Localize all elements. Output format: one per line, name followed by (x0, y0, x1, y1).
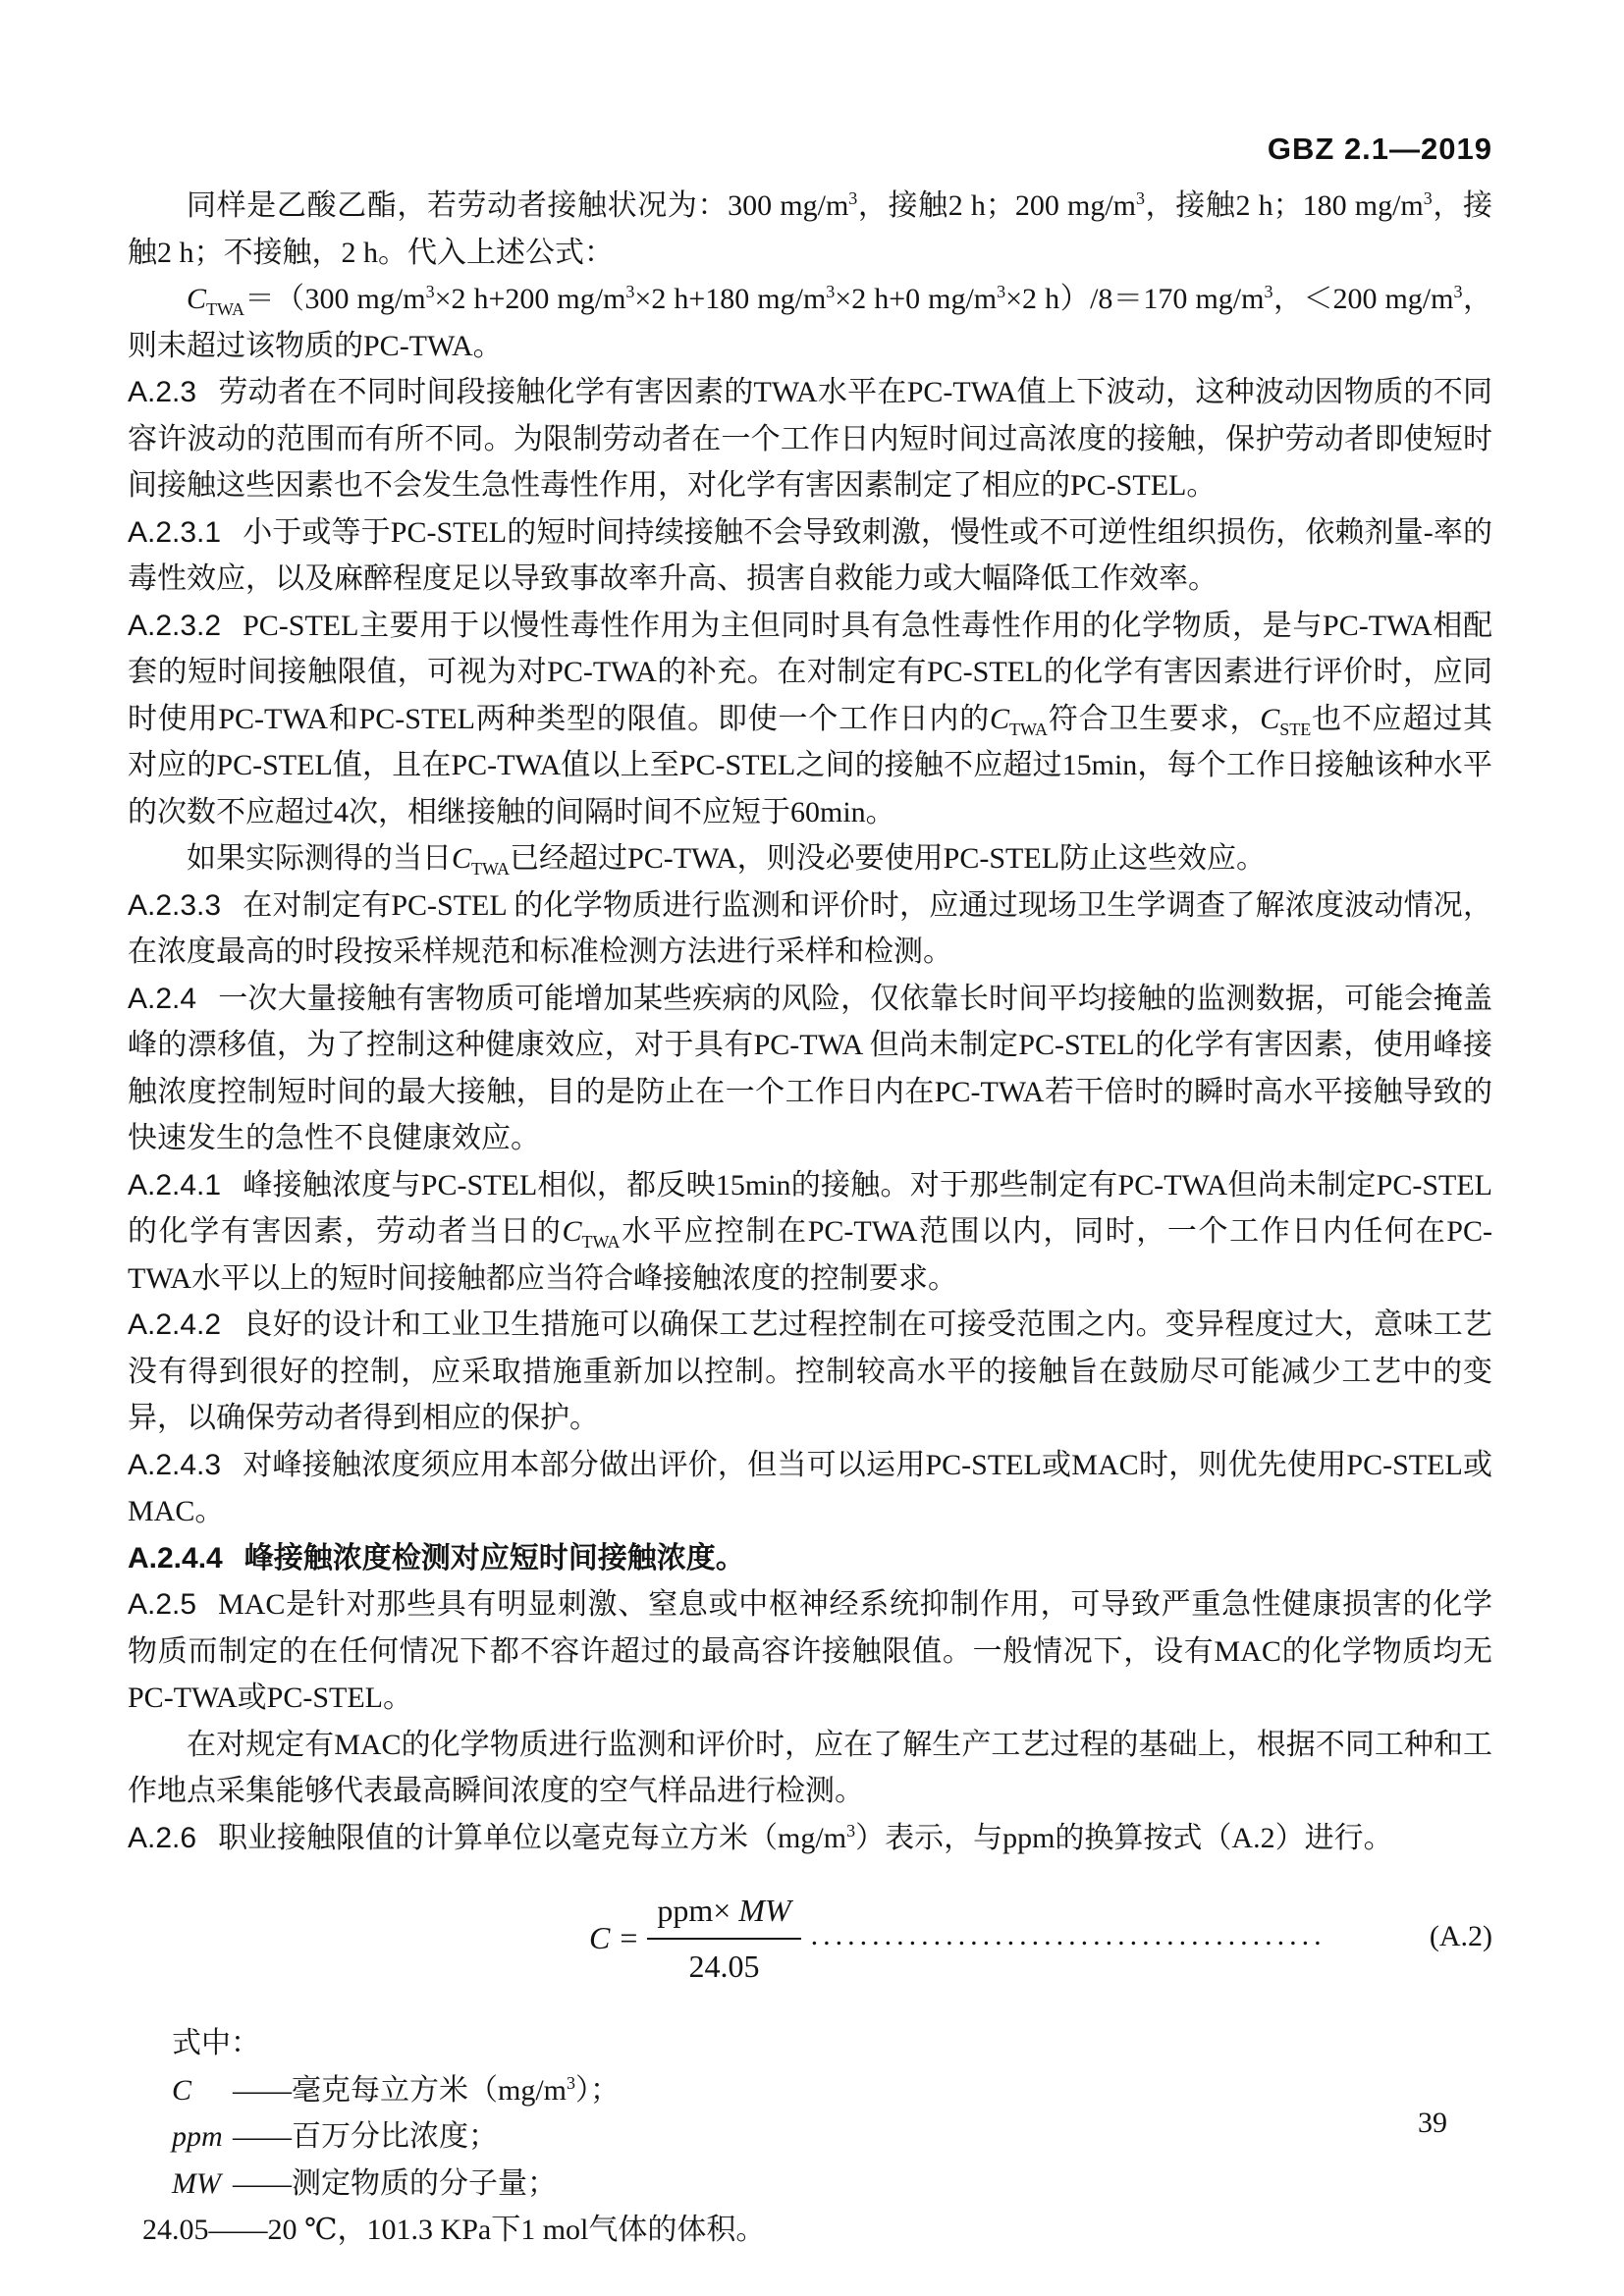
text-segment: 如果实际测得的当日 (187, 842, 452, 875)
paragraph-a-2-4-4: A.2.4.4峰接触浓度检测对应短时间接触浓度。 (128, 1535, 1492, 1582)
page-number: 39 (1418, 2107, 1447, 2140)
text-segment: ＝（300 mg/m (244, 283, 426, 315)
text-segment: C (990, 703, 1009, 735)
where-list-item: C——毫克每立方米（mg/m3）； (128, 2067, 1492, 2114)
text-segment: PC-STEL主要用于以慢性毒性作用为主但同时具有急性毒性作用的化学物质，是与P… (128, 610, 1492, 735)
paragraph: 同样是乙酸乙酯，若劳动者接触状况为：300 mg/m3，接触2 h；200 mg… (128, 183, 1492, 276)
where-term: C (172, 2067, 233, 2114)
paragraph-a-2-4-2: A.2.4.2良好的设计和工业卫生措施可以确保工艺过程控制在可接受范围之内。变异… (128, 1302, 1492, 1442)
formula-dot-leader: ........................................… (811, 1912, 1424, 1959)
paragraph-a-2-4-3: A.2.4.3对峰接触浓度须应用本部分做出评价，但当可以运用PC-STEL或MA… (128, 1442, 1492, 1535)
clause-number: A.2.3.3 (128, 889, 221, 922)
text-segment: ×2 h+0 mg/m (835, 283, 997, 315)
formula-denominator: 24.05 (647, 1940, 800, 1991)
standard-code-header: GBZ 2.1—2019 (1268, 132, 1492, 167)
text-segment: 3 (426, 282, 435, 301)
paragraph-a-2-3-1: A.2.3.1小于或等于PC-STEL的短时间持续接触不会导致刺激，慢性或不可逆… (128, 509, 1492, 603)
where-list-intro: 式中： (128, 2020, 1492, 2067)
where-term: MW (172, 2161, 233, 2208)
formula-numerator-plain: ppm× (657, 1893, 738, 1928)
formula-lhs: C (589, 1915, 610, 1962)
where-term: ppm (172, 2113, 233, 2161)
text-segment: 3 (846, 1821, 855, 1841)
text-segment: TWA (471, 859, 510, 879)
text-segment: 已经超过PC-TWA，则没必要使用PC-STEL防止这些效应。 (510, 842, 1266, 875)
paragraph-a-2-4: A.2.4一次大量接触有害物质可能增加某些疾病的风险，仅依靠长时间平均接触的监测… (128, 976, 1492, 1162)
formula-numerator-variable: MW (738, 1893, 790, 1928)
paragraph-a-2-4-1: A.2.4.1峰接触浓度与PC-STEL相似，都反映15min的接触。对于那些制… (128, 1162, 1492, 1303)
paragraph: 在对规定有MAC的化学物质进行监测和评价时，应在了解生产工艺过程的基础上，根据不… (128, 1722, 1492, 1815)
clause-number: A.2.6 (128, 1822, 196, 1854)
clause-number: A.2.4.2 (128, 1308, 221, 1341)
text-segment: 对峰接触浓度须应用本部分做出评价，但当可以运用PC-STEL或MAC时，则优先使… (128, 1449, 1492, 1528)
paragraph-a-2-5: A.2.5MAC是针对那些具有明显刺激、窒息或中枢神经系统抑制作用，可导致严重急… (128, 1581, 1492, 1722)
text-segment: 良好的设计和工业卫生措施可以确保工艺过程控制在可接受范围之内。变异程度过大，意味… (128, 1308, 1492, 1434)
text-segment: 符合卫生要求， (1048, 703, 1260, 735)
body-text: 同样是乙酸乙酯，若劳动者接触状况为：300 mg/m3，接触2 h；200 mg… (128, 183, 1492, 1861)
text-segment: ×2 h+200 mg/m (435, 283, 626, 315)
text-segment: 一次大量接触有害物质可能增加某些疾病的风险，仅依靠长时间平均接触的监测数据，可能… (128, 983, 1492, 1155)
formula-number-label: (A.2) (1430, 1913, 1492, 1960)
text-segment: 3 (1136, 188, 1145, 208)
text-segment: ——百万分比浓度； (233, 2120, 498, 2153)
text-segment: 3 (826, 282, 835, 301)
text-segment: 3 (997, 282, 1005, 301)
paragraph-a-2-6: A.2.6职业接触限值的计算单位以毫克每立方米（mg/m3）表示，与ppm的换算… (128, 1815, 1492, 1862)
formula-a2: C = ppm× MW 24.05 ......................… (128, 1875, 1492, 2002)
clause-number: A.2.4.4 (128, 1542, 223, 1575)
where-term: 24.05 (142, 2207, 209, 2254)
where-list-item: 24.05——20 ℃，101.3 KPa下1 mol气体的体积。 (128, 2207, 1492, 2254)
text-segment: ）表示，与ppm的换算按式（A.2）进行。 (855, 1822, 1393, 1854)
text-segment: 在对规定有MAC的化学物质进行监测和评价时，应在了解生产工艺过程的基础上，根据不… (128, 1729, 1492, 1808)
document-page: GBZ 2.1—2019 同样是乙酸乙酯，若劳动者接触状况为：300 mg/m3… (0, 0, 1624, 2296)
where-list-item: MW——测定物质的分子量； (128, 2161, 1492, 2208)
text-segment: TWA (582, 1232, 621, 1252)
text-segment: ——毫克每立方米（mg/m (233, 2074, 567, 2107)
text-segment: 小于或等于PC-STEL的短时间持续接触不会导致刺激，慢性或不可逆性组织损伤，依… (128, 516, 1492, 596)
paragraph: 如果实际测得的当日CTWA已经超过PC-TWA，则没必要使用PC-STEL防止这… (128, 835, 1492, 882)
page-content: 同样是乙酸乙酯，若劳动者接触状况为：300 mg/m3，接触2 h；200 mg… (128, 183, 1492, 2254)
text-segment: ×2 h+180 mg/m (634, 283, 826, 315)
text-segment: ，＜200 mg/m (1272, 283, 1453, 315)
text-segment: ，接触2 h；200 mg/m (857, 189, 1136, 222)
text-segment: 同样是乙酸乙酯，若劳动者接触状况为：300 mg/m (187, 189, 848, 222)
text-segment: ×2 h）/8＝170 mg/m (1005, 283, 1264, 315)
paragraph-a-2-3: A.2.3劳动者在不同时间段接触化学有害因素的TWA水平在PC-TWA值上下波动… (128, 369, 1492, 509)
text-segment: 峰接触浓度检测对应短时间接触浓度。 (244, 1542, 745, 1575)
clause-number: A.2.3 (128, 376, 196, 408)
text-segment: ——20 ℃，101.3 KPa下1 mol气体的体积。 (209, 2214, 766, 2246)
text-segment: 3 (567, 2073, 575, 2093)
text-segment: 3 (1424, 188, 1433, 208)
text-segment: C (187, 283, 206, 315)
paragraph-a-2-3-3: A.2.3.3在对制定有PC-STEL 的化学物质进行监测和评价时，应通过现场卫… (128, 882, 1492, 976)
where-list-item: ppm——百万分比浓度； (128, 2113, 1492, 2161)
text-segment: C (452, 842, 471, 875)
text-segment: 3 (848, 188, 857, 208)
formula-equals-sign: = (620, 1915, 637, 1962)
clause-number: A.2.4.1 (128, 1169, 221, 1201)
clause-number: A.2.4.3 (128, 1449, 221, 1481)
text-segment: MAC是针对那些具有明显刺激、窒息或中枢神经系统抑制作用，可导致严重急性健康损害… (128, 1588, 1492, 1714)
clause-number: A.2.3.2 (128, 610, 221, 642)
where-list: C——毫克每立方米（mg/m3）；ppm——百万分比浓度；MW——测定物质的分子… (128, 2067, 1492, 2254)
paragraph-a-2-3-2: A.2.3.2PC-STEL主要用于以慢性毒性作用为主但同时具有急性毒性作用的化… (128, 603, 1492, 836)
text-segment: 劳动者在不同时间段接触化学有害因素的TWA水平在PC-TWA值上下波动，这种波动… (128, 376, 1492, 502)
formula-math: C = ppm× MW 24.05 (589, 1888, 801, 1991)
clause-number: A.2.5 (128, 1588, 196, 1621)
text-segment: ——测定物质的分子量； (233, 2167, 557, 2200)
text-segment: C (562, 1215, 581, 1248)
text-segment: 职业接触限值的计算单位以毫克每立方米（mg/m (218, 1822, 846, 1854)
paragraph: CTWA＝（300 mg/m3×2 h+200 mg/m3×2 h+180 mg… (128, 276, 1492, 369)
formula-fraction: ppm× MW 24.05 (647, 1888, 800, 1991)
clause-number: A.2.3.1 (128, 516, 221, 549)
text-segment: 在对制定有PC-STEL 的化学物质进行监测和评价时，应通过现场卫生学调查了解浓… (128, 889, 1492, 969)
text-segment: C (1260, 703, 1279, 735)
text-segment: ）； (575, 2074, 620, 2107)
text-segment: TWA (1009, 720, 1048, 739)
text-segment: TWA (206, 299, 244, 319)
clause-number: A.2.4 (128, 983, 196, 1015)
text-segment: STE (1279, 720, 1311, 739)
formula-numerator: ppm× MW (647, 1888, 800, 1941)
text-segment: ，接触2 h；180 mg/m (1145, 189, 1424, 222)
